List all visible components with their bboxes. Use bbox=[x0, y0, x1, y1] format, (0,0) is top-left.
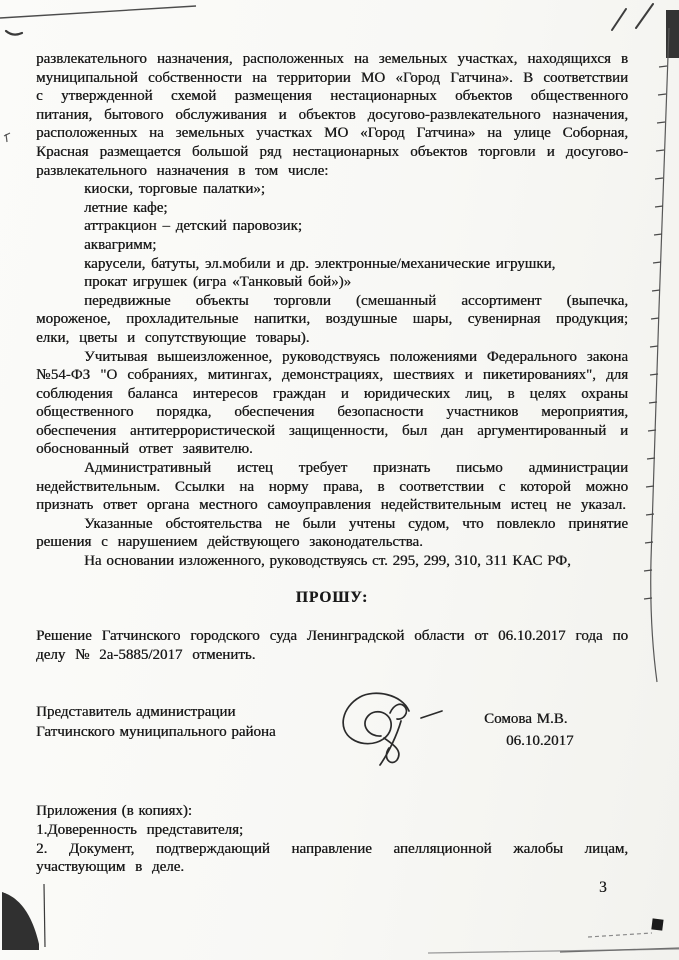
page-edge-ticks-artifact bbox=[644, 66, 667, 599]
objects-list: киоски, торговые палатки»; летние кафе; … bbox=[36, 180, 628, 292]
paragraph-circumstances: Указанные обстоятельства не были учтены … bbox=[36, 515, 628, 552]
dashed-artifact bbox=[588, 933, 652, 937]
scanned-document-page: развлекательного назначения, расположенн… bbox=[0, 0, 679, 960]
attachment-item: 2. Документ, подтверждающий направление … bbox=[36, 840, 628, 877]
bottom-edge-line-artifact bbox=[560, 948, 679, 952]
pen-squiggle-artifact bbox=[6, 31, 22, 35]
attachment-item: 1.Доверенность представителя; bbox=[36, 821, 628, 840]
fold-line-artifact bbox=[0, 6, 196, 18]
attachments-title: Приложения (в копиях): bbox=[36, 802, 628, 821]
paragraph-continued: развлекательного назначения, расположенн… bbox=[36, 50, 628, 180]
request-heading: ПРОШУ: bbox=[36, 589, 628, 608]
signer-name: Сомова М.В. bbox=[484, 708, 574, 730]
list-item: летние кафе; bbox=[84, 199, 628, 218]
handwritten-signature-icon bbox=[324, 686, 474, 776]
margin-mark-artifact bbox=[4, 133, 10, 142]
signer-role-line1: Представитель администрации bbox=[36, 702, 284, 722]
bottom-right-mark-artifact bbox=[651, 918, 663, 930]
signature-block: Представитель администрации Гатчинского … bbox=[36, 702, 628, 776]
list-item: аттракцион – детский паровозик; bbox=[84, 217, 628, 236]
signer-role: Представитель администрации Гатчинского … bbox=[36, 702, 284, 742]
handwritten-slash-icon bbox=[636, 4, 653, 28]
corner-line-artifact bbox=[44, 884, 45, 947]
list-item: киоски, торговые палатки»; bbox=[84, 180, 628, 199]
document-body: развлекательного назначения, расположенн… bbox=[36, 50, 628, 877]
request-text: Решение Гатчинского городского суда Лени… bbox=[36, 627, 628, 664]
attachments-section: Приложения (в копиях): 1.Доверенность пр… bbox=[36, 802, 628, 876]
paragraph-considering: Учитывая вышеизложенное, руководствуясь … bbox=[36, 348, 628, 460]
page-edge-line-artifact bbox=[651, 28, 669, 682]
corner-shadow-artifact bbox=[2, 892, 39, 950]
signer-identity: Сомова М.В. 06.10.2017 bbox=[484, 702, 574, 752]
binding-shadow-artifact bbox=[666, 10, 679, 58]
paragraph-claimant: Административный истец требует признать … bbox=[36, 459, 628, 515]
list-item: карусели, батуты, эл.мобили и др. электр… bbox=[84, 255, 628, 274]
page-number: 3 bbox=[599, 879, 607, 897]
bottom-edge-line-artifact bbox=[428, 949, 679, 953]
signature-date: 06.10.2017 bbox=[506, 730, 574, 752]
signer-role-line2: Гатчинского муниципального района bbox=[36, 722, 284, 742]
list-item: аквагримм; bbox=[84, 236, 628, 255]
list-item: прокат игрушек (игра «Танковый бой»)» bbox=[84, 273, 628, 292]
handwritten-slash-icon bbox=[612, 9, 626, 30]
paragraph-legal-basis: На основании изложенного, руководствуясь… bbox=[36, 552, 628, 571]
paragraph-mobile-objects: передвижные объекты торговли (смешанный … bbox=[36, 292, 628, 348]
